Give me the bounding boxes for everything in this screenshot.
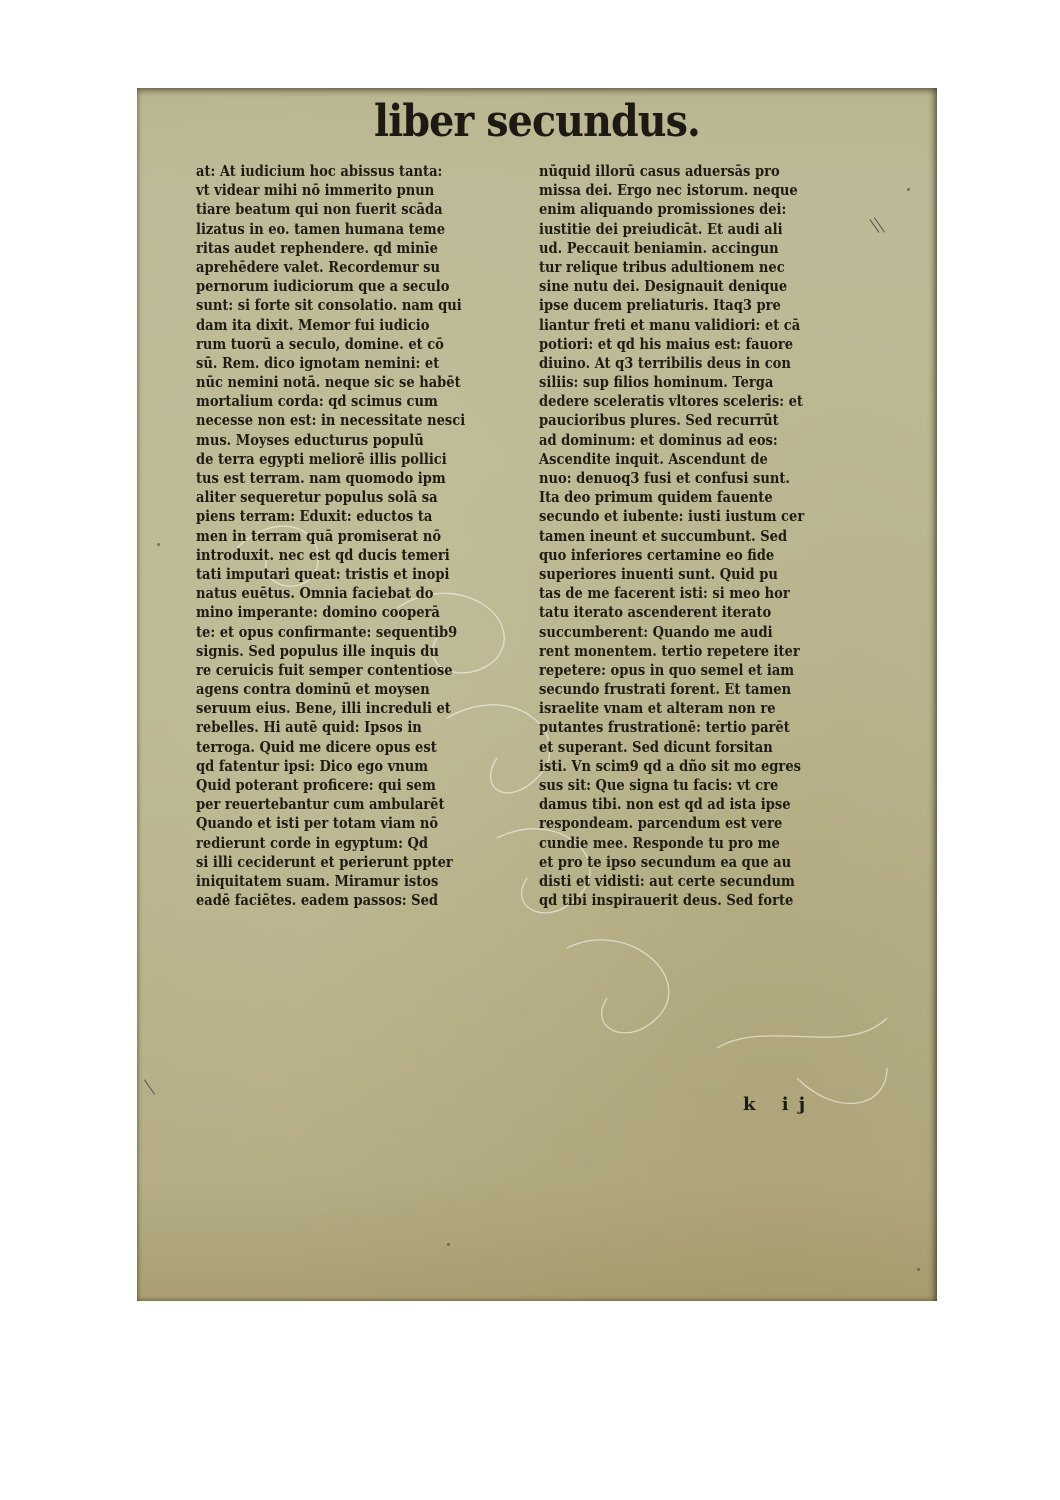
paper-speck xyxy=(447,1243,450,1246)
text-line: re ceruicis fuit semper contentiose xyxy=(196,661,482,680)
text-line: necesse non est: in necessitate nesci xyxy=(196,411,482,430)
text-line: Ascendite inquit. Ascendunt de xyxy=(539,450,836,469)
text-line: ritas audet rephendere. qd minīe xyxy=(196,239,482,258)
text-line: lizatus in eo. tamen humana teme xyxy=(196,220,482,239)
paper-speck xyxy=(917,1268,920,1271)
right-text-column: nūquid illorū casus aduersās promissa de… xyxy=(539,162,884,910)
text-line: putantes frustrationē: tertio parēt xyxy=(539,718,836,737)
text-line: de terra egypti meliorē illis pollici xyxy=(196,450,482,469)
margin-mark xyxy=(144,1079,155,1094)
text-line: aliter sequeretur populus solā sa xyxy=(196,488,482,507)
text-line: terroga. Quid me dicere opus est xyxy=(196,738,482,757)
text-line: introduxit. nec est qd ducis temeri xyxy=(196,546,482,565)
text-line: piens terram: Eduxit: eductos ta xyxy=(196,507,482,526)
text-line: qd fatentur ipsi: Dico ego vnum xyxy=(196,757,482,776)
text-line: damus tibi. non est qd ad ista ipse xyxy=(539,795,836,814)
text-line: nūc nemini notā. neque sic se habēt xyxy=(196,373,482,392)
text-line: potiori: et qd his maius est: fauore xyxy=(539,335,836,354)
text-line: rum tuorū a seculo, domine. et cō xyxy=(196,335,482,354)
text-line: quo inferiores certamine eo fide xyxy=(539,546,836,565)
text-line: secundo et iubente: iusti iustum cer xyxy=(539,507,836,526)
text-line: paucioribus plures. Sed recurrūt xyxy=(539,411,836,430)
text-line: men in terram quā promiserat nō xyxy=(196,527,482,546)
text-line: dedere sceleratis vltores sceleris: et xyxy=(539,392,836,411)
text-line: superiores inuenti sunt. Quid pu xyxy=(539,565,836,584)
text-line: aprehēdere valet. Recordemur su xyxy=(196,258,482,277)
text-line: sunt: si forte sit consolatio. nam qui xyxy=(196,296,482,315)
text-line: ad dominum: et dominus ad eos: xyxy=(539,431,836,450)
text-line: repetere: opus in quo semel et iam xyxy=(539,661,836,680)
text-line: sus sit: Que signa tu facis: vt cre xyxy=(539,776,836,795)
text-line: te: et opus confirmante: sequentib9 xyxy=(196,623,482,642)
text-line: enim aliquando promissiones dei: xyxy=(539,200,836,219)
text-line: rent monentem. tertio repetere iter xyxy=(539,642,836,661)
text-line: cundie mee. Responde tu pro me xyxy=(539,834,836,853)
text-line: mino imperante: domino cooperā xyxy=(196,603,482,622)
text-line: et pro te ipso secundum ea que au xyxy=(539,853,836,872)
text-line: per reuertebantur cum ambularēt xyxy=(196,795,482,814)
text-line: Quid poterant proficere: qui sem xyxy=(196,776,482,795)
text-line: signis. Sed populus ille inquis du xyxy=(196,642,482,661)
text-line: tati imputari queat: tristis et inopi xyxy=(196,565,482,584)
text-line: secundo frustrati forent. Et tamen xyxy=(539,680,836,699)
text-line: mortalium corda: qd scimus cum xyxy=(196,392,482,411)
text-line: sū. Rem. dico ignotam nemini: et xyxy=(196,354,482,373)
signature-mark: k ij xyxy=(743,1094,815,1115)
text-line: redierunt corde in egyptum: Qd xyxy=(196,834,482,853)
text-line: isti. Vn scim9 qd a dño sit mo egres xyxy=(539,757,836,776)
book-page: liber secundus. at: At iudicium hoc abis… xyxy=(137,88,937,1301)
text-line: missa dei. Ergo nec istorum. neque xyxy=(539,181,836,200)
text-line: Quando et isti per totam viam nō xyxy=(196,814,482,833)
text-line: israelite vnam et alteram non re xyxy=(539,699,836,718)
text-line: ud. Peccauit beniamin. accingun xyxy=(539,239,836,258)
text-line: natus euētus. Omnia faciebat do xyxy=(196,584,482,603)
paper-speck xyxy=(907,188,910,191)
text-line: at: At iudicium hoc abissus tanta: xyxy=(196,162,482,181)
text-line: succumberent: Quando me audi xyxy=(539,623,836,642)
text-line: vt videar mihi nō immerito pnun xyxy=(196,181,482,200)
text-line: et superant. Sed dicunt forsitan xyxy=(539,738,836,757)
text-line: respondeam. parcendum est vere xyxy=(539,814,836,833)
text-line: Ita deo primum quidem fauente xyxy=(539,488,836,507)
text-line: diuino. At q3 terribilis deus in con xyxy=(539,354,836,373)
text-line: rebelles. Hi autē quid: Ipsos in xyxy=(196,718,482,737)
text-line: disti et vidisti: aut certe secundum xyxy=(539,872,836,891)
text-line: eadē faciētes. eadem passos: Sed xyxy=(196,891,482,910)
text-line: tur relique tribus adultionem nec xyxy=(539,258,836,277)
text-line: agens contra dominū et moysen xyxy=(196,680,482,699)
running-head: liber secundus. xyxy=(177,96,897,147)
text-line: qd tibi inspirauerit deus. Sed forte xyxy=(539,891,836,910)
text-line: tatu iterato ascenderent iterato xyxy=(539,603,836,622)
text-line: pernorum iudiciorum que a seculo xyxy=(196,277,482,296)
text-line: si illi ceciderunt et perierunt ppter xyxy=(196,853,482,872)
text-line: liantur freti et manu validiori: et cā xyxy=(539,316,836,335)
text-line: nuo: denuoq3 fusi et confusi sunt. xyxy=(539,469,836,488)
text-line: nūquid illorū casus aduersās pro xyxy=(539,162,836,181)
text-line: siliis: sup filios hominum. Terga xyxy=(539,373,836,392)
paper-speck xyxy=(157,543,160,546)
text-line: dam ita dixit. Memor fui iudicio xyxy=(196,316,482,335)
text-line: sine nutu dei. Designauit denique xyxy=(539,277,836,296)
text-line: tamen ineunt et succumbunt. Sed xyxy=(539,527,836,546)
text-line: mus. Moyses educturus populū xyxy=(196,431,482,450)
text-line: ipse ducem preliaturis. Itaq3 pre xyxy=(539,296,836,315)
text-line: iniquitatem suam. Miramur istos xyxy=(196,872,482,891)
text-line: iustitie dei preiudicāt. Et audi ali xyxy=(539,220,836,239)
text-line: tas de me facerent isti: si meo hor xyxy=(539,584,836,603)
text-line: seruum eius. Bene, illi increduli et xyxy=(196,699,482,718)
text-line: tiare beatum qui non fuerit scāda xyxy=(196,200,482,219)
left-text-column: at: At iudicium hoc abissus tanta:vt vid… xyxy=(196,162,529,910)
text-line: tus est terram. nam quomodo ipm xyxy=(196,469,482,488)
